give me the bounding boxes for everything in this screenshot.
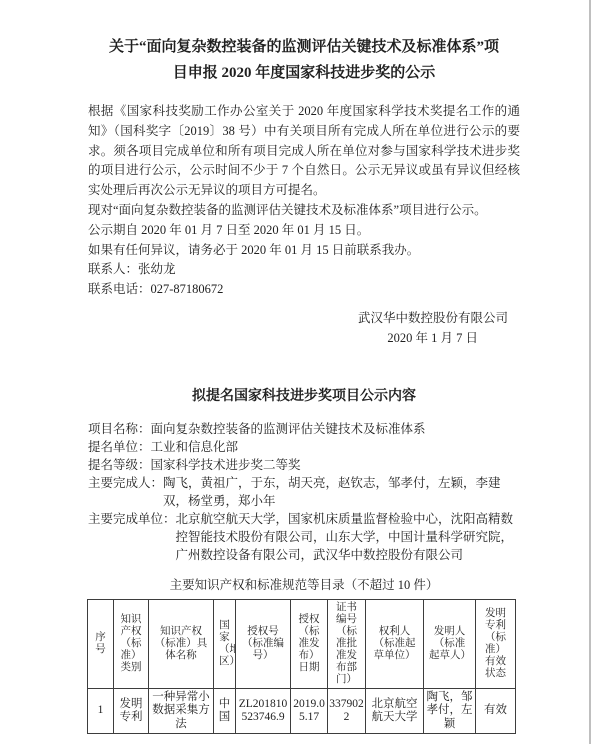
paragraph-line: 根据《国家科技奖励工作办公室关于 2020 年度国家科学技术奖提名工作的通	[88, 102, 520, 122]
cell-grant-number: ZL201810523746.9	[236, 688, 291, 734]
nomination-fields: 项目名称： 面向复杂数控装备的监测评估关键技术及标准体系 提名单位： 工业和信息…	[88, 420, 520, 564]
contact-name-line: 联系人：张幼龙	[88, 260, 520, 280]
paragraph-line: 求。须各项目完成单位和所有项目完成人所在单位对参与国家科学技术进步奖	[88, 142, 520, 162]
paragraph-line: 的项目进行公示，公示时间不少于 7 个自然日。公示无异议或虽有异议但经核	[88, 161, 520, 181]
ip-table-title: 主要知识产权和标准规范等目录（不超过 10 件）	[88, 576, 520, 594]
header-cell-category: 知识产权（标准）类别	[114, 599, 149, 688]
document-page: 关于“面向复杂数控装备的监测评估关键技术及标准体系”项 目申报 2020 年度国…	[0, 0, 595, 744]
ip-table: 序号 知识产权（标准）类别 知识产权（标准）具体名称 国家（地区） 授权号（标准…	[87, 599, 516, 735]
paragraph-line: 实处理后再次公示无异议的项目方可提名。	[88, 181, 520, 201]
cell-grant-date: 2019.05.17	[291, 688, 328, 734]
cell-category: 发明专利	[114, 688, 149, 734]
field-label: 提名单位：	[88, 438, 151, 456]
field-value: 陶飞，黄祖广，于东，胡天亮，赵钦志，邹孝付，左颖，李建双，杨堂勇，郑小年	[163, 474, 520, 510]
cell-inventor: 陶飞，邹孝付，左颖	[424, 688, 476, 734]
field-row-project-name: 项目名称： 面向复杂数控装备的监测评估关键技术及标准体系	[88, 420, 520, 438]
cell-status: 有效	[476, 688, 516, 734]
objection-line: 如果有任何异议，请务必于 2020 年 01 月 15 日前联系我办。	[88, 241, 520, 261]
cell-country: 中国	[214, 688, 236, 734]
page-right-edge	[589, 0, 591, 744]
period-line: 公示期自 2020 年 01 月 7 日至 2020 年 01 月 15 日。	[88, 221, 520, 241]
page-title-line-1: 关于“面向复杂数控装备的监测评估关键技术及标准体系”项	[88, 34, 520, 60]
header-cell-rights-holder: 权利人（标准起草单位）	[366, 599, 424, 688]
field-row-nomination-grade: 提名等级： 国家科学技术进步奖二等奖	[88, 456, 520, 474]
header-cell-grant-number: 授权号（标准编号）	[236, 599, 291, 688]
cell-seq: 1	[88, 688, 114, 734]
present-line: 现对“面向复杂数控装备的监测评估关键技术及标准体系”项目进行公示。	[88, 201, 520, 221]
signature-block: 武汉华中数控股份有限公司 2020 年 1 月 7 日	[88, 308, 520, 348]
field-value: 工业和信息化部	[151, 438, 520, 456]
cell-name: 一种异常小数据采集方法	[149, 688, 214, 734]
page-title: 关于“面向复杂数控装备的监测评估关键技术及标准体系”项 目申报 2020 年度国…	[88, 34, 520, 86]
cell-rights-holder: 北京航空航天大学	[366, 688, 424, 734]
header-cell-name: 知识产权（标准）具体名称	[149, 599, 214, 688]
page-title-line-2: 目申报 2020 年度国家科技进步奖的公示	[88, 60, 520, 86]
field-row-main-contributors: 主要完成人： 陶飞，黄祖广，于东，胡天亮，赵钦志，邹孝付，左颖，李建双，杨堂勇，…	[88, 474, 520, 510]
cell-cert-number: 3379022	[328, 688, 366, 734]
header-cell-seq: 序号	[88, 599, 114, 688]
field-row-nominating-unit: 提名单位： 工业和信息化部	[88, 438, 520, 456]
field-value: 国家科学技术进步奖二等奖	[151, 456, 520, 474]
signature-date: 2020 年 1 月 7 日	[88, 328, 478, 348]
header-cell-grant-date: 授权（标准发布）日期	[291, 599, 328, 688]
header-cell-status: 发明专利（标准）有效状态	[476, 599, 516, 688]
field-label: 提名等级：	[88, 456, 151, 474]
ip-table-row: 1 发明专利 一种异常小数据采集方法 中国 ZL201810523746.9 2…	[88, 688, 516, 734]
section-title: 拟提名国家科技进步奖项目公示内容	[88, 388, 520, 406]
field-value: 北京航空航天大学，国家机床质量监督检验中心，沈阳高精数控智能技术股份有限公司，山…	[176, 510, 520, 564]
field-label: 主要完成单位：	[88, 510, 176, 564]
field-label: 项目名称：	[88, 420, 151, 438]
announcement-paragraph: 根据《国家科技奖励工作办公室关于 2020 年度国家科学技术奖提名工作的通 知》…	[88, 102, 520, 201]
field-label: 主要完成人：	[88, 474, 163, 510]
header-cell-inventor: 发明人（标准起草人）	[424, 599, 476, 688]
header-cell-cert-number: 证书编号（标准批准发布部门）	[328, 599, 366, 688]
header-cell-country: 国家（地区）	[214, 599, 236, 688]
announcement-body: 根据《国家科技奖励工作办公室关于 2020 年度国家科学技术奖提名工作的通 知》…	[88, 102, 520, 300]
document-content: 关于“面向复杂数控装备的监测评估关键技术及标准体系”项 目申报 2020 年度国…	[0, 0, 595, 734]
contact-phone-line: 联系电话：027-87180672	[88, 280, 520, 300]
ip-table-header-row: 序号 知识产权（标准）类别 知识产权（标准）具体名称 国家（地区） 授权号（标准…	[88, 599, 516, 688]
field-row-main-units: 主要完成单位： 北京航空航天大学，国家机床质量监督检验中心，沈阳高精数控智能技术…	[88, 510, 520, 564]
paragraph-line: 知》（国科奖字〔2019〕38 号）中有关项目所有完成人所在单位进行公示的要	[88, 122, 520, 142]
signature-company: 武汉华中数控股份有限公司	[88, 308, 508, 328]
field-value: 面向复杂数控装备的监测评估关键技术及标准体系	[151, 420, 520, 438]
